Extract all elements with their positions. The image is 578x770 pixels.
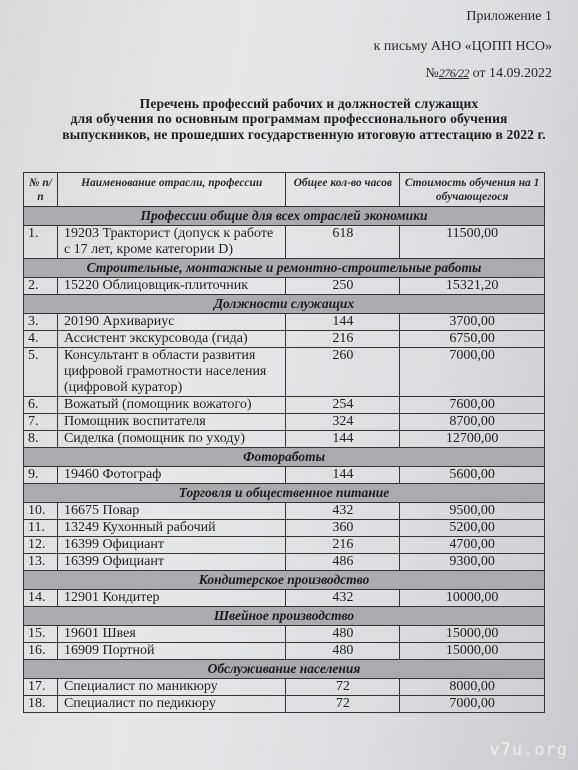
table-row: 9.19460 Фотограф1445600,00 [24, 467, 545, 484]
section-header-row: Должности служащих [24, 295, 545, 314]
cell-name: 12901 Кондитер [57, 590, 286, 607]
cell-num: 8. [24, 431, 58, 448]
cell-num: 16. [24, 643, 58, 660]
section-title: Швейное производство [24, 607, 545, 626]
letter-reference: к письму АНО «ЦОПП НСО» [374, 39, 552, 55]
cell-num: 18. [24, 696, 58, 713]
section-title: Профессии общие для всех отраслей эконом… [24, 207, 545, 226]
cell-name: 16909 Портной [57, 643, 286, 660]
cell-cost: 11500,00 [400, 226, 545, 259]
section-header-row: Торговля и общественное питание [24, 484, 545, 503]
cell-cost: 7000,00 [400, 696, 545, 713]
cell-cost: 9500,00 [400, 503, 545, 520]
cell-hours: 486 [286, 554, 400, 571]
watermark: v7u.org [489, 740, 568, 760]
cell-cost: 7600,00 [400, 397, 545, 414]
cell-cost: 12700,00 [400, 431, 545, 448]
cell-hours: 144 [286, 431, 400, 448]
cell-name: Сиделка (помощник по уходу) [57, 431, 286, 448]
header-num: № п/п [24, 173, 58, 207]
cell-hours: 72 [286, 679, 400, 696]
cell-name: Ассистент экскурсовода (гида) [57, 331, 286, 348]
cell-cost: 15000,00 [400, 626, 545, 643]
table-row: 12.16399 Официант2164700,00 [24, 537, 545, 554]
handwritten-number: 276/22 [439, 66, 469, 80]
cell-hours: 254 [286, 397, 400, 414]
cell-num: 10. [24, 503, 58, 520]
cell-cost: 5200,00 [400, 520, 545, 537]
table-row: 14.12901 Кондитер43210000,00 [24, 590, 545, 607]
table-row: 11.13249 Кухонный рабочий3605200,00 [24, 520, 545, 537]
cell-num: 6. [24, 397, 58, 414]
section-title: Обслуживание населения [24, 660, 545, 679]
cell-hours: 618 [286, 226, 400, 259]
letter-number-date: №276/22 от 14.09.2022 [425, 66, 552, 82]
table-row: 7.Помощник воспитателя3248700,00 [24, 414, 545, 431]
letter-date: от 14.09.2022 [473, 66, 552, 81]
cell-hours: 324 [286, 414, 400, 431]
cell-num: 2. [24, 278, 58, 295]
cell-num: 15. [24, 626, 58, 643]
section-header-row: Строительные, монтажные и ремонтно-строи… [24, 259, 545, 278]
cell-name: Консультант в области развития цифровой … [57, 348, 286, 397]
cell-num: 5. [24, 348, 58, 397]
cell-hours: 260 [286, 348, 400, 397]
cell-hours: 72 [286, 696, 400, 713]
cell-num: 14. [24, 590, 58, 607]
cell-cost: 15000,00 [400, 643, 545, 660]
table-row: 5.Консультант в области развития цифрово… [24, 348, 545, 397]
cell-cost: 3700,00 [400, 314, 545, 331]
table-row: 4.Ассистент экскурсовода (гида)2166750,0… [24, 331, 545, 348]
cell-name: 16675 Повар [57, 503, 286, 520]
section-header-row: Кондитерское производство [24, 571, 545, 590]
cell-num: 12. [24, 537, 58, 554]
cell-num: 17. [24, 679, 58, 696]
cell-hours: 480 [286, 626, 400, 643]
section-title: Фоторaботы [24, 448, 545, 467]
table-row: 10.16675 Повар4329500,00 [24, 503, 545, 520]
section-title: Строительные, монтажные и ремонтно-строи… [24, 259, 545, 278]
header-hours: Общее кол-во часов [286, 173, 400, 207]
table-row: 16.16909 Портной48015000,00 [24, 643, 545, 660]
cell-num: 7. [24, 414, 58, 431]
section-header-row: Фоторaботы [24, 448, 545, 467]
document-title-line-3: выпускников, не прошедших государственну… [0, 127, 578, 143]
cell-name: 16399 Официант [57, 554, 286, 571]
cell-hours: 250 [286, 278, 400, 295]
cell-num: 4. [24, 331, 58, 348]
cell-cost: 6750,00 [400, 331, 545, 348]
header-name: Наименование отрасли, профессии [57, 173, 286, 207]
cell-name: Специалист по маникюру [57, 679, 286, 696]
cell-name: 19601 Швея [57, 626, 286, 643]
cell-hours: 432 [286, 503, 400, 520]
section-header-row: Швейное производство [24, 607, 545, 626]
cell-name: 20190 Архивариус [57, 314, 286, 331]
cell-hours: 360 [286, 520, 400, 537]
cell-hours: 144 [286, 467, 400, 484]
table-row: 18.Специалист по педикюру727000,00 [24, 696, 545, 713]
header-cost: Стоимость обучения на 1 обучающегося [400, 173, 545, 207]
section-title: Торговля и общественное питание [24, 484, 545, 503]
table-row: 3.20190 Архивариус1443700,00 [24, 314, 545, 331]
cell-cost: 9300,00 [400, 554, 545, 571]
table-row: 6.Вожатый (помощник вожатого)2547600,00 [24, 397, 545, 414]
cell-cost: 15321,20 [400, 278, 545, 295]
table-body: Профессии общие для всех отраслей эконом… [24, 207, 545, 713]
cell-name: 15220 Облицовщик-плиточник [57, 278, 286, 295]
section-header-row: Профессии общие для всех отраслей эконом… [24, 207, 545, 226]
table-row: 13.16399 Официант4869300,00 [24, 554, 545, 571]
cell-num: 3. [24, 314, 58, 331]
professions-table: № п/п Наименование отрасли, профессии Об… [23, 172, 545, 713]
table-row: 17.Специалист по маникюру728000,00 [24, 679, 545, 696]
document-title-line-2: для обучения по основным программам проф… [0, 111, 578, 127]
section-header-row: Обслуживание населения [24, 660, 545, 679]
cell-name: 19203 Тракторист (допуск к работе с 17 л… [57, 226, 286, 259]
cell-hours: 216 [286, 537, 400, 554]
section-title: Должности служащих [24, 295, 545, 314]
cell-name: Вожатый (помощник вожатого) [57, 397, 286, 414]
cell-num: 9. [24, 467, 58, 484]
number-prefix: № [425, 66, 438, 81]
cell-num: 1. [24, 226, 58, 259]
cell-cost: 10000,00 [400, 590, 545, 607]
cell-num: 11. [24, 520, 58, 537]
cell-name: 13249 Кухонный рабочий [57, 520, 286, 537]
cell-hours: 216 [286, 331, 400, 348]
table-row: 2.15220 Облицовщик-плиточник25015321,20 [24, 278, 545, 295]
section-title: Кондитерское производство [24, 571, 545, 590]
cell-cost: 4700,00 [400, 537, 545, 554]
table-row: 15.19601 Швея48015000,00 [24, 626, 545, 643]
table-row: 1.19203 Тракторист (допуск к работе с 17… [24, 226, 545, 259]
document-title-line-1: Перечень профессий рабочих и должностей … [0, 96, 578, 112]
cell-cost: 5600,00 [400, 467, 545, 484]
cell-cost: 7000,00 [400, 348, 545, 397]
cell-cost: 8700,00 [400, 414, 545, 431]
cell-name: 19460 Фотограф [57, 467, 286, 484]
table-header-row: № п/п Наименование отрасли, профессии Об… [24, 173, 545, 207]
appendix-label: Приложение 1 [466, 9, 552, 25]
cell-num: 13. [24, 554, 58, 571]
cell-cost: 8000,00 [400, 679, 545, 696]
cell-name: 16399 Официант [57, 537, 286, 554]
cell-hours: 432 [286, 590, 400, 607]
cell-hours: 144 [286, 314, 400, 331]
cell-name: Специалист по педикюру [57, 696, 286, 713]
cell-hours: 480 [286, 643, 400, 660]
cell-name: Помощник воспитателя [57, 414, 286, 431]
table-row: 8.Сиделка (помощник по уходу)14412700,00 [24, 431, 545, 448]
